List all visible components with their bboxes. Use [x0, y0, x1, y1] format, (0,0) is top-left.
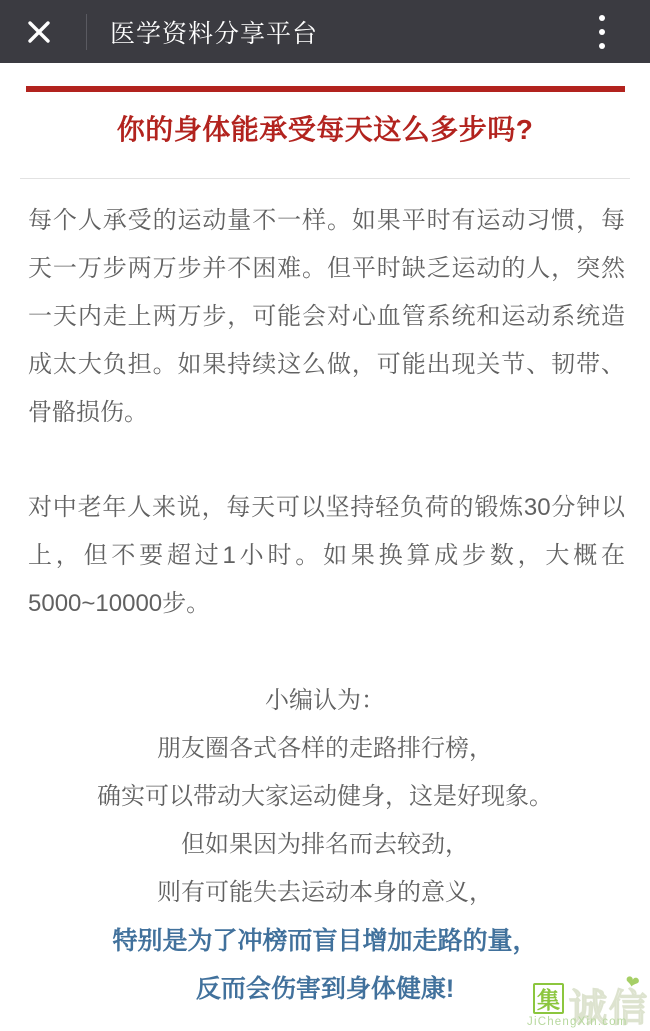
- center-line: 小编认为：: [0, 677, 650, 725]
- editor-note-block: 小编认为： 朋友圈各式各样的走路排行榜， 确实可以带动大家运动健身，这是好现象。…: [0, 677, 650, 1013]
- center-line: 则有可能失去运动本身的意义，: [0, 869, 650, 917]
- article-body: 你的身体能承受每天这么多步吗? 每个人承受的运动量不一样。如果平时有运动习惯，每…: [0, 86, 650, 1013]
- highlight-line: 反而会伤害到身体健康!: [0, 965, 650, 1013]
- red-rule: [26, 86, 625, 92]
- page-title: 医学资料分享平台: [110, 14, 318, 50]
- kebab-dot: [599, 43, 605, 49]
- close-icon-glyph: [27, 20, 51, 44]
- watermark-url: JiChengXin.com: [527, 1016, 628, 1028]
- more-menu-icon[interactable]: [595, 11, 609, 53]
- article-heading: 你的身体能承受每天这么多步吗?: [20, 113, 630, 147]
- paragraph-1: 每个人承受的运动量不一样。如果平时有运动习惯，每天一万步两万步并不困难。但平时缺…: [28, 197, 625, 437]
- titlebar-divider: [86, 14, 87, 50]
- paragraph-2: 对中老年人来说，每天可以坚持轻负荷的锻炼30分钟以上，但不要超过1小时。如果换算…: [28, 484, 625, 628]
- titlebar: 医学资料分享平台: [0, 0, 650, 63]
- close-icon[interactable]: [26, 19, 52, 45]
- heading-divider: [20, 178, 630, 179]
- highlight-line: 特别是为了冲榜而盲目增加走路的量，: [0, 917, 650, 965]
- center-line: 但如果因为排名而去较劲，: [0, 821, 650, 869]
- center-line: 确实可以带动大家运动健身，这是好现象。: [0, 773, 650, 821]
- kebab-dot: [599, 29, 605, 35]
- center-line: 朋友圈各式各样的走路排行榜，: [0, 725, 650, 773]
- kebab-dot: [599, 15, 605, 21]
